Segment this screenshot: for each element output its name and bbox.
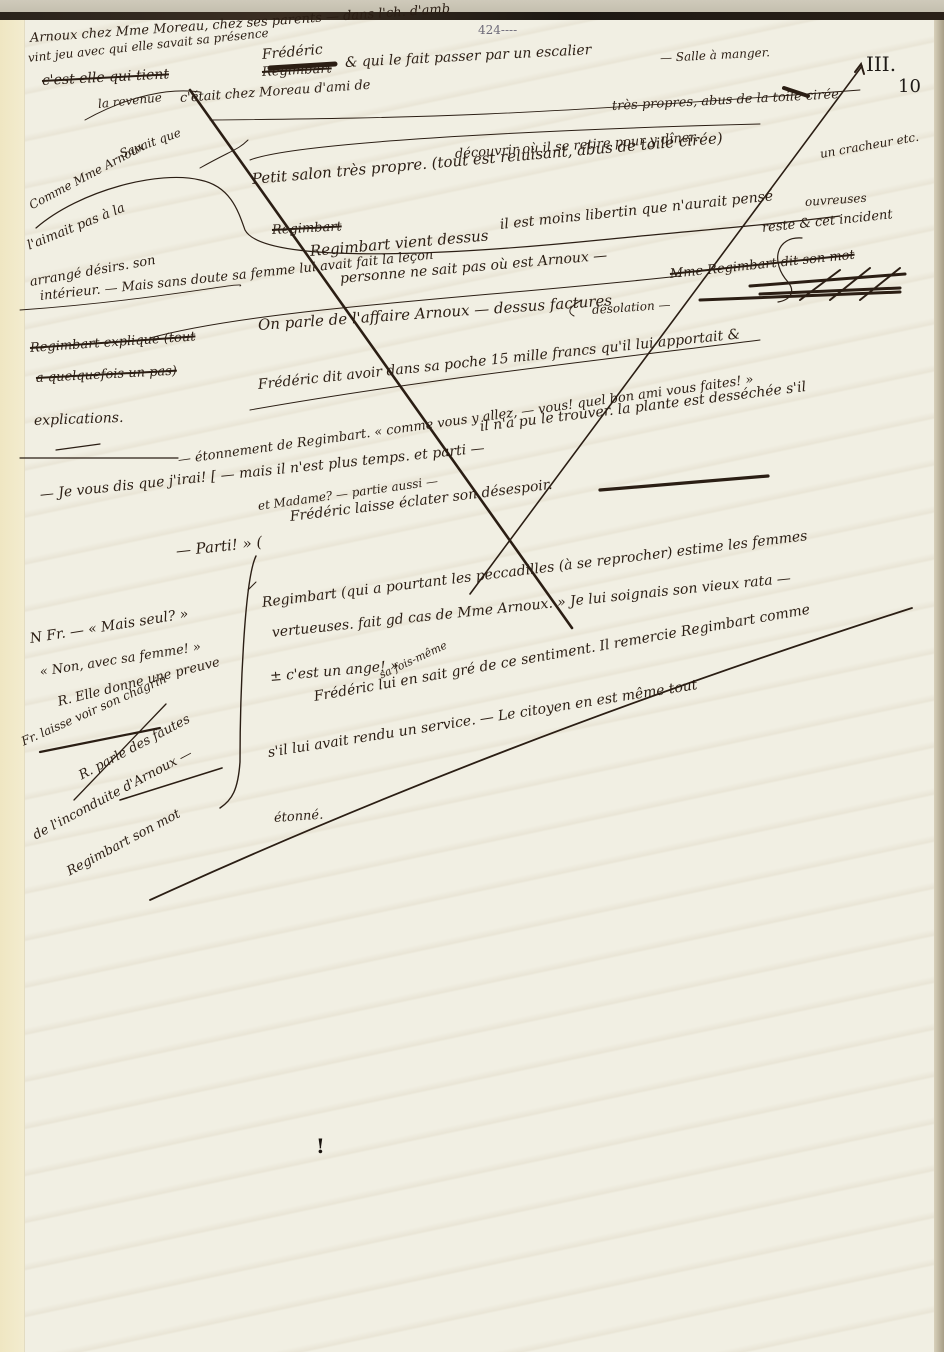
page-left-margin: [0, 20, 25, 1352]
ink-mark: !: [316, 1134, 325, 1158]
manuscript-line: explications.: [34, 411, 124, 428]
manuscript-line: étonné.: [274, 809, 324, 825]
folio-number: 10: [898, 78, 921, 96]
manuscript-line: Regimbart: [272, 220, 342, 237]
part-numeral: III.: [866, 54, 896, 74]
archive-number: 424----: [478, 24, 517, 36]
manuscript-line: Regimbart: [262, 62, 332, 79]
page-right-edge: [934, 20, 944, 1352]
